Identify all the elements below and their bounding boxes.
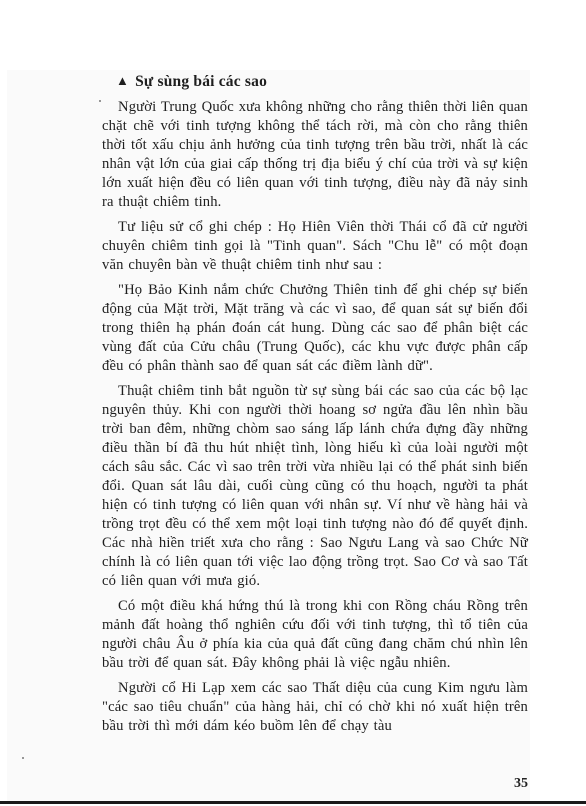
scan-speck [22, 757, 24, 759]
page-content: ▲Sự sùng bái các sao Người Trung Quốc xư… [102, 72, 528, 736]
black-triangle-icon: ▲ [116, 73, 129, 88]
scan-speck [99, 100, 101, 102]
page-bottom-border [0, 801, 586, 804]
paragraph-2: Tư liệu sử cổ ghi chép : Họ Hiên Viên th… [102, 218, 528, 275]
page-number: 35 [497, 776, 528, 792]
paragraph-3: Thuật chiêm tinh bắt nguồn từ sự sùng bá… [102, 382, 528, 591]
section-heading: ▲Sự sùng bái các sao [116, 72, 528, 92]
paragraph-quote: "Họ Bảo Kinh nắm chức Chưởng Thiên tinh … [102, 281, 528, 376]
paragraph-4: Có một điều khá hứng thú là trong khi co… [102, 597, 528, 673]
section-heading-text: Sự sùng bái các sao [135, 73, 267, 90]
paragraph-5: Người cổ Hi Lạp xem các sao Thất diệu củ… [102, 679, 528, 736]
paragraph-1: Người Trung Quốc xưa không những cho rằn… [102, 98, 528, 212]
